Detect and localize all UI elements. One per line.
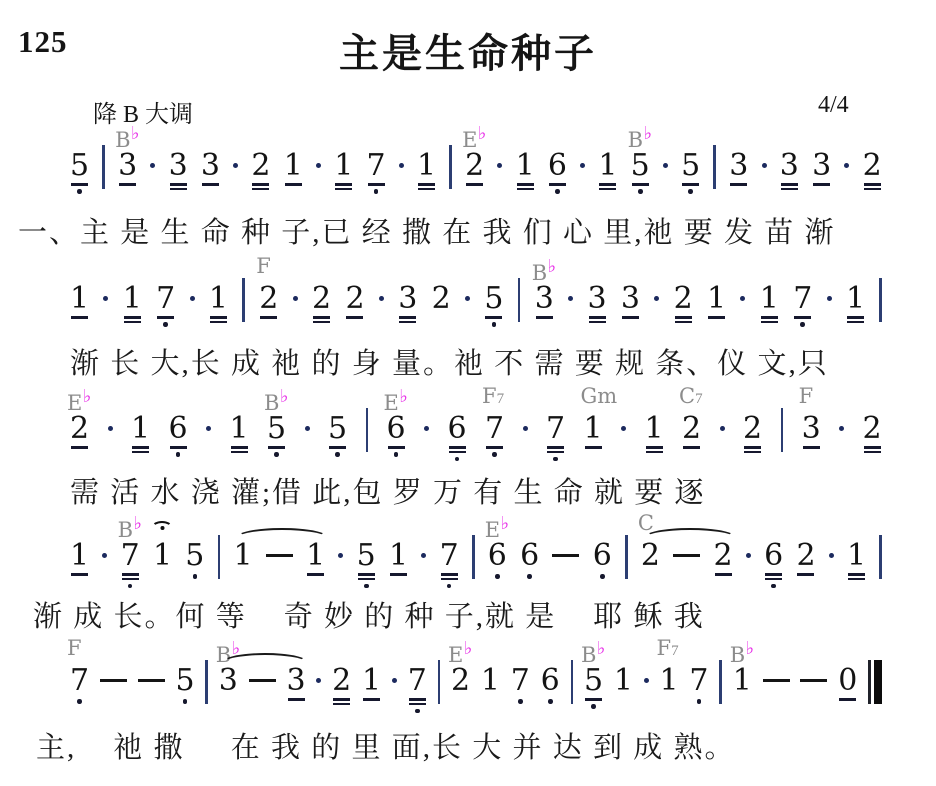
note-digit: 2 [251,150,270,181]
note-digit: 7 [689,665,708,696]
duration-dot [746,553,751,558]
note-stack: 6 [520,540,539,579]
key-signature: 降 B 大调 [93,94,193,129]
note: 6 [448,413,467,461]
underline [346,316,363,318]
note-stack: 7 [70,665,89,704]
duration-dot [316,678,321,683]
duration-dot [305,426,310,431]
note-stack: 7 [689,665,708,704]
duration-dot [568,296,573,301]
note-stack: 6 [548,150,567,194]
chord-label: B♭ [581,638,605,668]
note-stack: 3 [780,150,799,190]
duration-dot [206,426,211,431]
barline [218,535,221,579]
note-stack: 6 [593,540,612,579]
underline [708,316,725,318]
duration-dot [190,296,195,301]
underline [358,578,375,580]
barline [625,535,628,579]
note-stack: 7 [546,413,565,461]
underline [157,316,174,318]
underline [547,446,564,448]
note-stack: 3 [729,150,748,186]
octave-dot [555,189,560,194]
note-digit: 5 [584,665,603,696]
note: B♭5 [631,150,650,194]
note: 5 [357,540,376,588]
duration-dot [102,553,107,558]
note: 1 [153,540,172,571]
note: F7 [70,665,89,704]
note: B♭3 [118,150,137,186]
underline [781,183,798,185]
music-line-1: 5B♭33321171E♭2161B♭553332 [70,150,882,194]
dash-extension [100,679,127,682]
note-stack: 2 [796,540,815,576]
note-stack: 3 [118,150,137,186]
note-stack: 5 [484,283,503,327]
note: 1 [847,540,866,580]
note-stack: 2 [674,283,693,323]
underline [202,183,219,185]
note: 7 [440,540,459,588]
note-digit: 5 [70,150,89,181]
chord-root: C [679,384,695,408]
note-stack: 2 [863,413,882,453]
note-digit: 2 [332,665,351,696]
note: 7 [408,665,427,713]
note-stack: 1 [417,150,436,190]
octave-dot [697,699,702,704]
note-digit: 6 [387,413,406,444]
note-digit: 1 [846,283,865,314]
note-digit: 7 [408,665,427,696]
underline [864,446,881,448]
underline [388,446,405,448]
flat-icon: ♭ [501,513,510,533]
note-digit: 7 [70,665,89,696]
underline [864,183,881,185]
note-stack: 7 [366,150,385,194]
underline [646,446,663,448]
duration-dot [827,296,832,301]
note: 2 [743,413,762,453]
duration-dot [103,296,108,301]
duration-dot [720,426,725,431]
underline [210,321,227,323]
note-stack: 1 [846,283,865,323]
slur-arc [236,528,328,547]
note-stack: 5 [584,665,603,709]
note-digit: 3 [118,150,137,181]
underline [599,183,616,185]
note: 1 [614,665,633,696]
note-stack: 1 [334,150,353,190]
flat-icon: ♭ [83,386,92,406]
underline [268,446,285,448]
note-stack: 1 [306,540,325,576]
octave-dot [335,452,340,457]
note-stack: 1 [707,283,726,319]
note-digit: 7 [156,283,175,314]
underline [399,321,416,323]
chord-label: E♭ [384,386,408,416]
note-stack: 1 [847,540,866,580]
chord-seventh: 7 [497,391,505,407]
note-digit: 6 [541,665,560,696]
note-digit: 1 [707,283,726,314]
note-stack: 2 [251,150,270,190]
note-digit: 1 [70,283,89,314]
note-stack: 3 [169,150,188,190]
note: B♭3 [535,283,554,319]
chord-label: E♭ [67,386,91,416]
octave-dot [495,574,500,579]
note-digit: 5 [267,413,286,444]
duration-dot [424,426,429,431]
underline [839,698,856,700]
underline [682,183,699,185]
note: B♭1 [733,665,752,696]
note-stack: 2 [863,150,882,190]
chord-label: E♭ [485,513,509,543]
note-stack: 1 [389,540,408,576]
lyrics-line-5: 主, 祂 撒 在 我 的 里 面,长 大 并 达 到 成 熟。 [36,725,736,766]
note-stack: 1 [229,413,248,453]
flat-icon: ♭ [464,638,473,658]
chord-label: B♭ [264,386,288,416]
note-digit: 1 [209,283,228,314]
note: 2 [863,150,882,190]
underline [485,316,502,318]
note-digit: 6 [764,540,783,571]
note-stack: 6 [541,665,560,704]
note-stack: 1 [614,665,633,696]
note: E♭6 [387,413,406,457]
duration-dot [844,163,849,168]
octave-dot [492,452,497,457]
underline [124,321,141,323]
final-barline [868,660,882,704]
final-bar-thick-line [874,660,882,704]
note-stack: 3 [535,283,554,319]
duration-dot [621,426,626,431]
note-digit: 2 [465,150,484,181]
note: 6 [548,150,567,194]
note-digit: 1 [70,540,89,571]
octave-dot [128,584,133,589]
note: B♭5 [584,665,603,709]
underline [813,183,830,185]
note-digit: 2 [432,283,451,314]
underline [441,578,458,580]
note: E♭2 [451,665,470,696]
underline [409,698,426,700]
note-stack: 1 [153,540,172,571]
note: 7 [793,283,812,327]
underline [333,698,350,700]
underline [683,446,700,448]
note-digit: 3 [587,283,606,314]
barline [713,145,716,189]
note-digit: 6 [593,540,612,571]
underline [288,698,305,700]
slur-arc [644,528,736,547]
barline [781,408,784,452]
note-digit: 3 [780,150,799,181]
note-digit: 1 [645,413,664,444]
chord-seventh: 7 [695,391,703,407]
note: 5 [185,540,204,579]
note: C72 [682,413,701,449]
underline [313,316,330,318]
slur-arc [222,653,308,672]
underline [599,188,616,190]
note-stack: 1 [760,283,779,323]
underline [632,183,649,185]
underline [260,316,277,318]
note: 6 [169,413,188,457]
underline [71,183,88,185]
underline [589,316,606,318]
underline [765,578,782,580]
barline [205,660,208,704]
underline [585,446,602,448]
note-digit: 2 [259,283,278,314]
note: 3 [398,283,417,323]
chord-root: B [115,128,130,152]
underline [517,183,534,185]
duration-dot [233,163,238,168]
barline [719,660,722,704]
note: 1 [70,283,89,319]
note: 1 [131,413,150,453]
duration-dot [465,296,470,301]
duration-dot [644,678,649,683]
underline [132,446,149,448]
underline [585,698,602,700]
dash-extension [800,679,827,682]
note: 1 [516,150,535,190]
note-digit: 7 [440,540,459,571]
chord-root: E [67,391,82,415]
chord-label: C7 [679,386,703,409]
chord-root: B [118,518,133,542]
underline [848,578,865,580]
note-digit: 7 [485,413,504,444]
note: 1 [334,150,353,190]
duration-dot [392,678,397,683]
note-digit: 7 [546,413,565,444]
note-stack: 2 [312,283,331,323]
underline [761,321,778,323]
note: 1 [284,150,303,186]
note-digit: 6 [169,413,188,444]
flat-icon: ♭ [548,256,557,276]
underline [170,188,187,190]
note-stack: 2 [451,665,470,696]
dash-extension [249,679,276,682]
underline [71,573,88,575]
underline [547,451,564,453]
note-stack: 2 [345,283,364,319]
octave-dot [394,452,399,457]
note-digit: 1 [481,665,500,696]
note-digit: 1 [284,150,303,181]
chord-label: B♭ [532,256,556,286]
underline [231,446,248,448]
underline [307,573,324,575]
octave-dot [274,452,279,457]
note: 1 [760,283,779,323]
note-stack: 7 [511,665,530,704]
underline [170,446,187,448]
music-line-5: F75B♭33217E♭2176B♭51F717B♭10 [70,665,882,713]
chord-label: F [799,386,814,409]
chord-label: B♭ [115,123,139,153]
note: 5 [175,665,194,704]
note-stack: 7 [408,665,427,713]
note: 1 [362,665,381,701]
note-stack: 3 [398,283,417,323]
note-digit: 3 [802,413,821,444]
note: 7 [511,665,530,704]
note: 5 [328,413,347,457]
underline [390,573,407,575]
note-digit: 5 [175,665,194,696]
underline [358,573,375,575]
note: 5 [681,150,700,194]
note: 1 [229,413,248,453]
note-digit: 1 [733,665,752,696]
underline [399,316,416,318]
duration-dot [421,553,426,558]
note-digit: 7 [511,665,530,696]
note-stack: 1 [70,540,89,576]
chord-root: B [532,261,547,285]
final-bar-thin-line [868,660,871,704]
underline [231,451,248,453]
underline [486,446,503,448]
underline [864,188,881,190]
note: 1 [123,283,142,323]
note-digit: 7 [793,283,812,314]
underline [285,183,302,185]
note-digit: 3 [201,150,220,181]
note-stack: 5 [70,150,89,194]
note: 7 [366,150,385,194]
underline [536,316,553,318]
note-stack: 2 [682,413,701,449]
note: 1 [306,540,325,576]
octave-dot [447,584,452,589]
note-digit: 1 [389,540,408,571]
note-stack: 7 [156,283,175,327]
note-digit: 5 [328,413,347,444]
note-stack: 2 [332,665,351,705]
duration-dot [399,163,404,168]
note-stack: 7 [121,540,140,588]
note: 1 [389,540,408,576]
chord-label: F7 [657,638,679,661]
note-digit: 3 [729,150,748,181]
underline [252,188,269,190]
note: 3 [621,283,640,319]
note: 2 [796,540,815,576]
chord-label: B♭ [628,123,652,153]
duration-dot [762,163,767,168]
octave-dot [455,457,460,462]
note-stack: 5 [328,413,347,457]
underline [589,321,606,323]
note-digit: 7 [121,540,140,571]
note: 7 [689,665,708,704]
flat-icon: ♭ [399,386,408,406]
underline [210,316,227,318]
chord-label: F [256,256,271,279]
note: 2 [674,283,693,323]
underline [313,321,330,323]
note-stack: 7 [793,283,812,327]
underline [864,451,881,453]
duration-dot [829,553,834,558]
note: F71 [660,665,679,696]
note: 3 [729,150,748,186]
barline [242,278,245,322]
flat-icon: ♭ [597,638,606,658]
barline [438,660,441,704]
note-digit: 5 [681,150,700,181]
underline [122,578,139,580]
note-stack: 2 [70,413,89,449]
chord-label: E♭ [462,123,486,153]
barline [366,408,369,452]
note-stack: 3 [621,283,640,319]
note: 7 [156,283,175,327]
note-digit: 1 [516,150,535,181]
note-stack: 5 [681,150,700,194]
chord-root: Gm [581,384,618,408]
note-digit: 3 [398,283,417,314]
lyrics-line-2: 渐 长 大,长 成 祂 的 身 量。祂 不 需 要 规 条、仪 文,只 [70,341,829,382]
note: 0 [838,665,857,701]
note-stack: 3 [201,150,220,186]
note-digit: 1 [123,283,142,314]
chord-root: E [462,128,477,152]
note-stack: 3 [802,413,821,449]
note-stack: 1 [131,413,150,453]
note: 3 [201,150,220,186]
note: 5 [484,283,503,327]
flat-icon: ♭ [478,123,487,143]
note-digit: 2 [451,665,470,696]
note-stack: 5 [267,413,286,457]
note-digit: 2 [345,283,364,314]
note-stack: 1 [645,413,664,453]
chord-label: B♭ [118,513,142,543]
chord-root: B [581,643,596,667]
music-line-4: 1B♭71511517E♭666C22621 [70,540,882,588]
note-digit: 5 [185,540,204,571]
note-digit: 1 [153,540,172,571]
octave-dot [193,574,198,579]
note-stack: 1 [660,665,679,696]
note-digit: 1 [614,665,633,696]
chord-root: F [657,636,672,660]
note-digit: 2 [641,540,660,571]
